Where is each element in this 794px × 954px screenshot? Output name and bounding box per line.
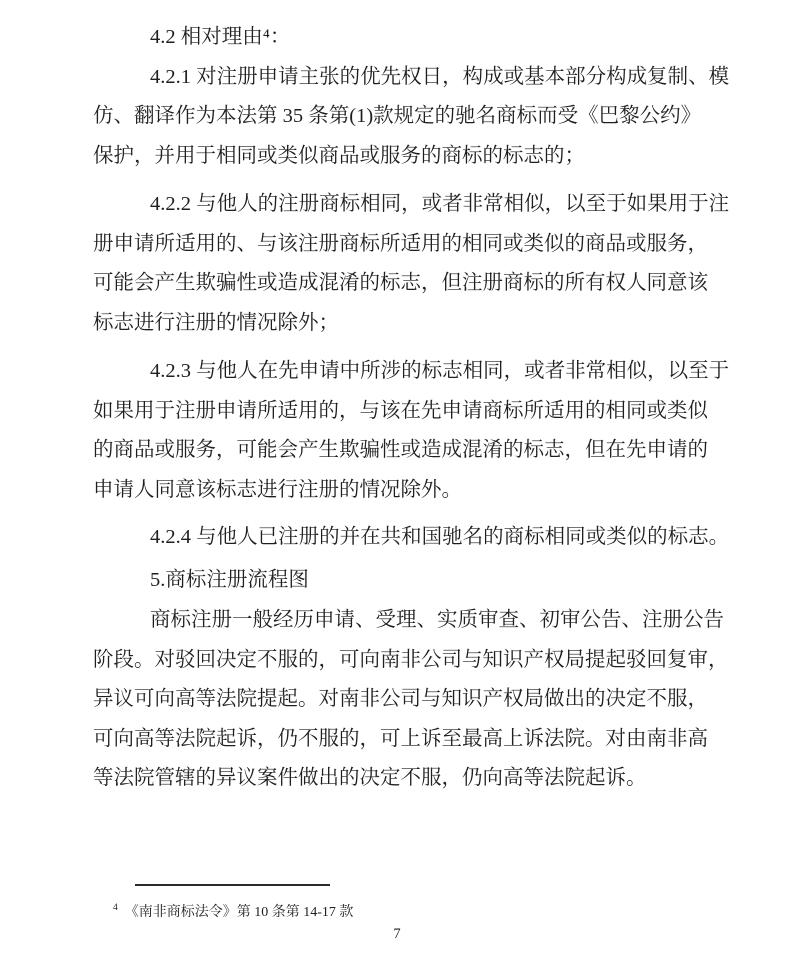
text-line: 4.2.1 对注册申请主张的优先权日，构成或基本部分构成复制、模 <box>93 58 753 98</box>
text-line: 如果用于注册申请所适用的，与该在先申请商标所适用的相同或类似 <box>93 392 753 432</box>
text-line: 5.商标注册流程图 <box>93 561 753 601</box>
paragraph-clause-4-2-3: 4.2.3 与他人在先申请中所涉的标志相同，或者非常相似，以至于如果用于注册申请… <box>93 352 753 510</box>
text-line: 标志进行注册的情况除外； <box>93 304 753 344</box>
footnote-text: 《南非商标法令》第 10 条第 14-17 款 <box>125 905 354 920</box>
text-line: 异议可向高等法院提起。对南非公司与知识产权局做出的决定不服， <box>93 680 753 720</box>
paragraph-heading-5: 5.商标注册流程图 <box>93 561 753 601</box>
footnote: 4《南非商标法令》第 10 条第 14-17 款 <box>113 898 353 923</box>
text-line: 可能会产生欺骗性或造成混淆的标志，但注册商标的所有权人同意该 <box>93 264 753 304</box>
footnote-separator <box>135 884 330 886</box>
text-line: 4.2.2 与他人的注册商标相同，或者非常相似，以至于如果用于注 <box>93 185 753 225</box>
text-line: 册申请所适用的、与该注册商标所适用的相同或类似的商品或服务， <box>93 225 753 265</box>
text-line: 商标注册一般经历申请、受理、实质审查、初审公告、注册公告 <box>93 601 753 641</box>
text-line: 可向高等法院起诉，仍不服的，可上诉至最高上诉法院。对由南非高 <box>93 720 753 760</box>
paragraph-clause-4-2-2: 4.2.2 与他人的注册商标相同，或者非常相似，以至于如果用于注册申请所适用的、… <box>93 185 753 343</box>
text-line: 仿、翻译作为本法第 35 条第(1)款规定的驰名商标而受《巴黎公约》 <box>93 97 753 137</box>
text-line: 申请人同意该标志进行注册的情况除外。 <box>93 471 753 511</box>
paragraph-para-registration-process: 商标注册一般经历申请、受理、实质审查、初审公告、注册公告阶段。对驳回决定不服的，… <box>93 601 753 799</box>
text-line: 等法院管辖的异议案件做出的决定不服，仍向高等法院起诉。 <box>93 759 753 799</box>
footnote-marker: 4 <box>113 903 118 913</box>
text-line: 4.2 相对理由⁴： <box>93 18 753 58</box>
text-line: 4.2.4 与他人已注册的并在共和国驰名的商标相同或类似的标志。 <box>93 518 753 558</box>
text-line: 保护，并用于相同或类似商品或服务的商标的标志的； <box>93 137 753 177</box>
document-body: 4.2 相对理由⁴：4.2.1 对注册申请主张的优先权日，构成或基本部分构成复制… <box>93 18 753 799</box>
text-line: 4.2.3 与他人在先申请中所涉的标志相同，或者非常相似，以至于 <box>93 352 753 392</box>
paragraph-clause-4-2-4: 4.2.4 与他人已注册的并在共和国驰名的商标相同或类似的标志。 <box>93 518 753 558</box>
paragraph-heading-4-2: 4.2 相对理由⁴： <box>93 18 753 58</box>
text-line: 的商品或服务，可能会产生欺骗性或造成混淆的标志，但在先申请的 <box>93 431 753 471</box>
page-number: 7 <box>0 925 794 943</box>
paragraph-clause-4-2-1: 4.2.1 对注册申请主张的优先权日，构成或基本部分构成复制、模仿、翻译作为本法… <box>93 58 753 177</box>
text-line: 阶段。对驳回决定不服的，可向南非公司与知识产权局提起驳回复审， <box>93 641 753 681</box>
